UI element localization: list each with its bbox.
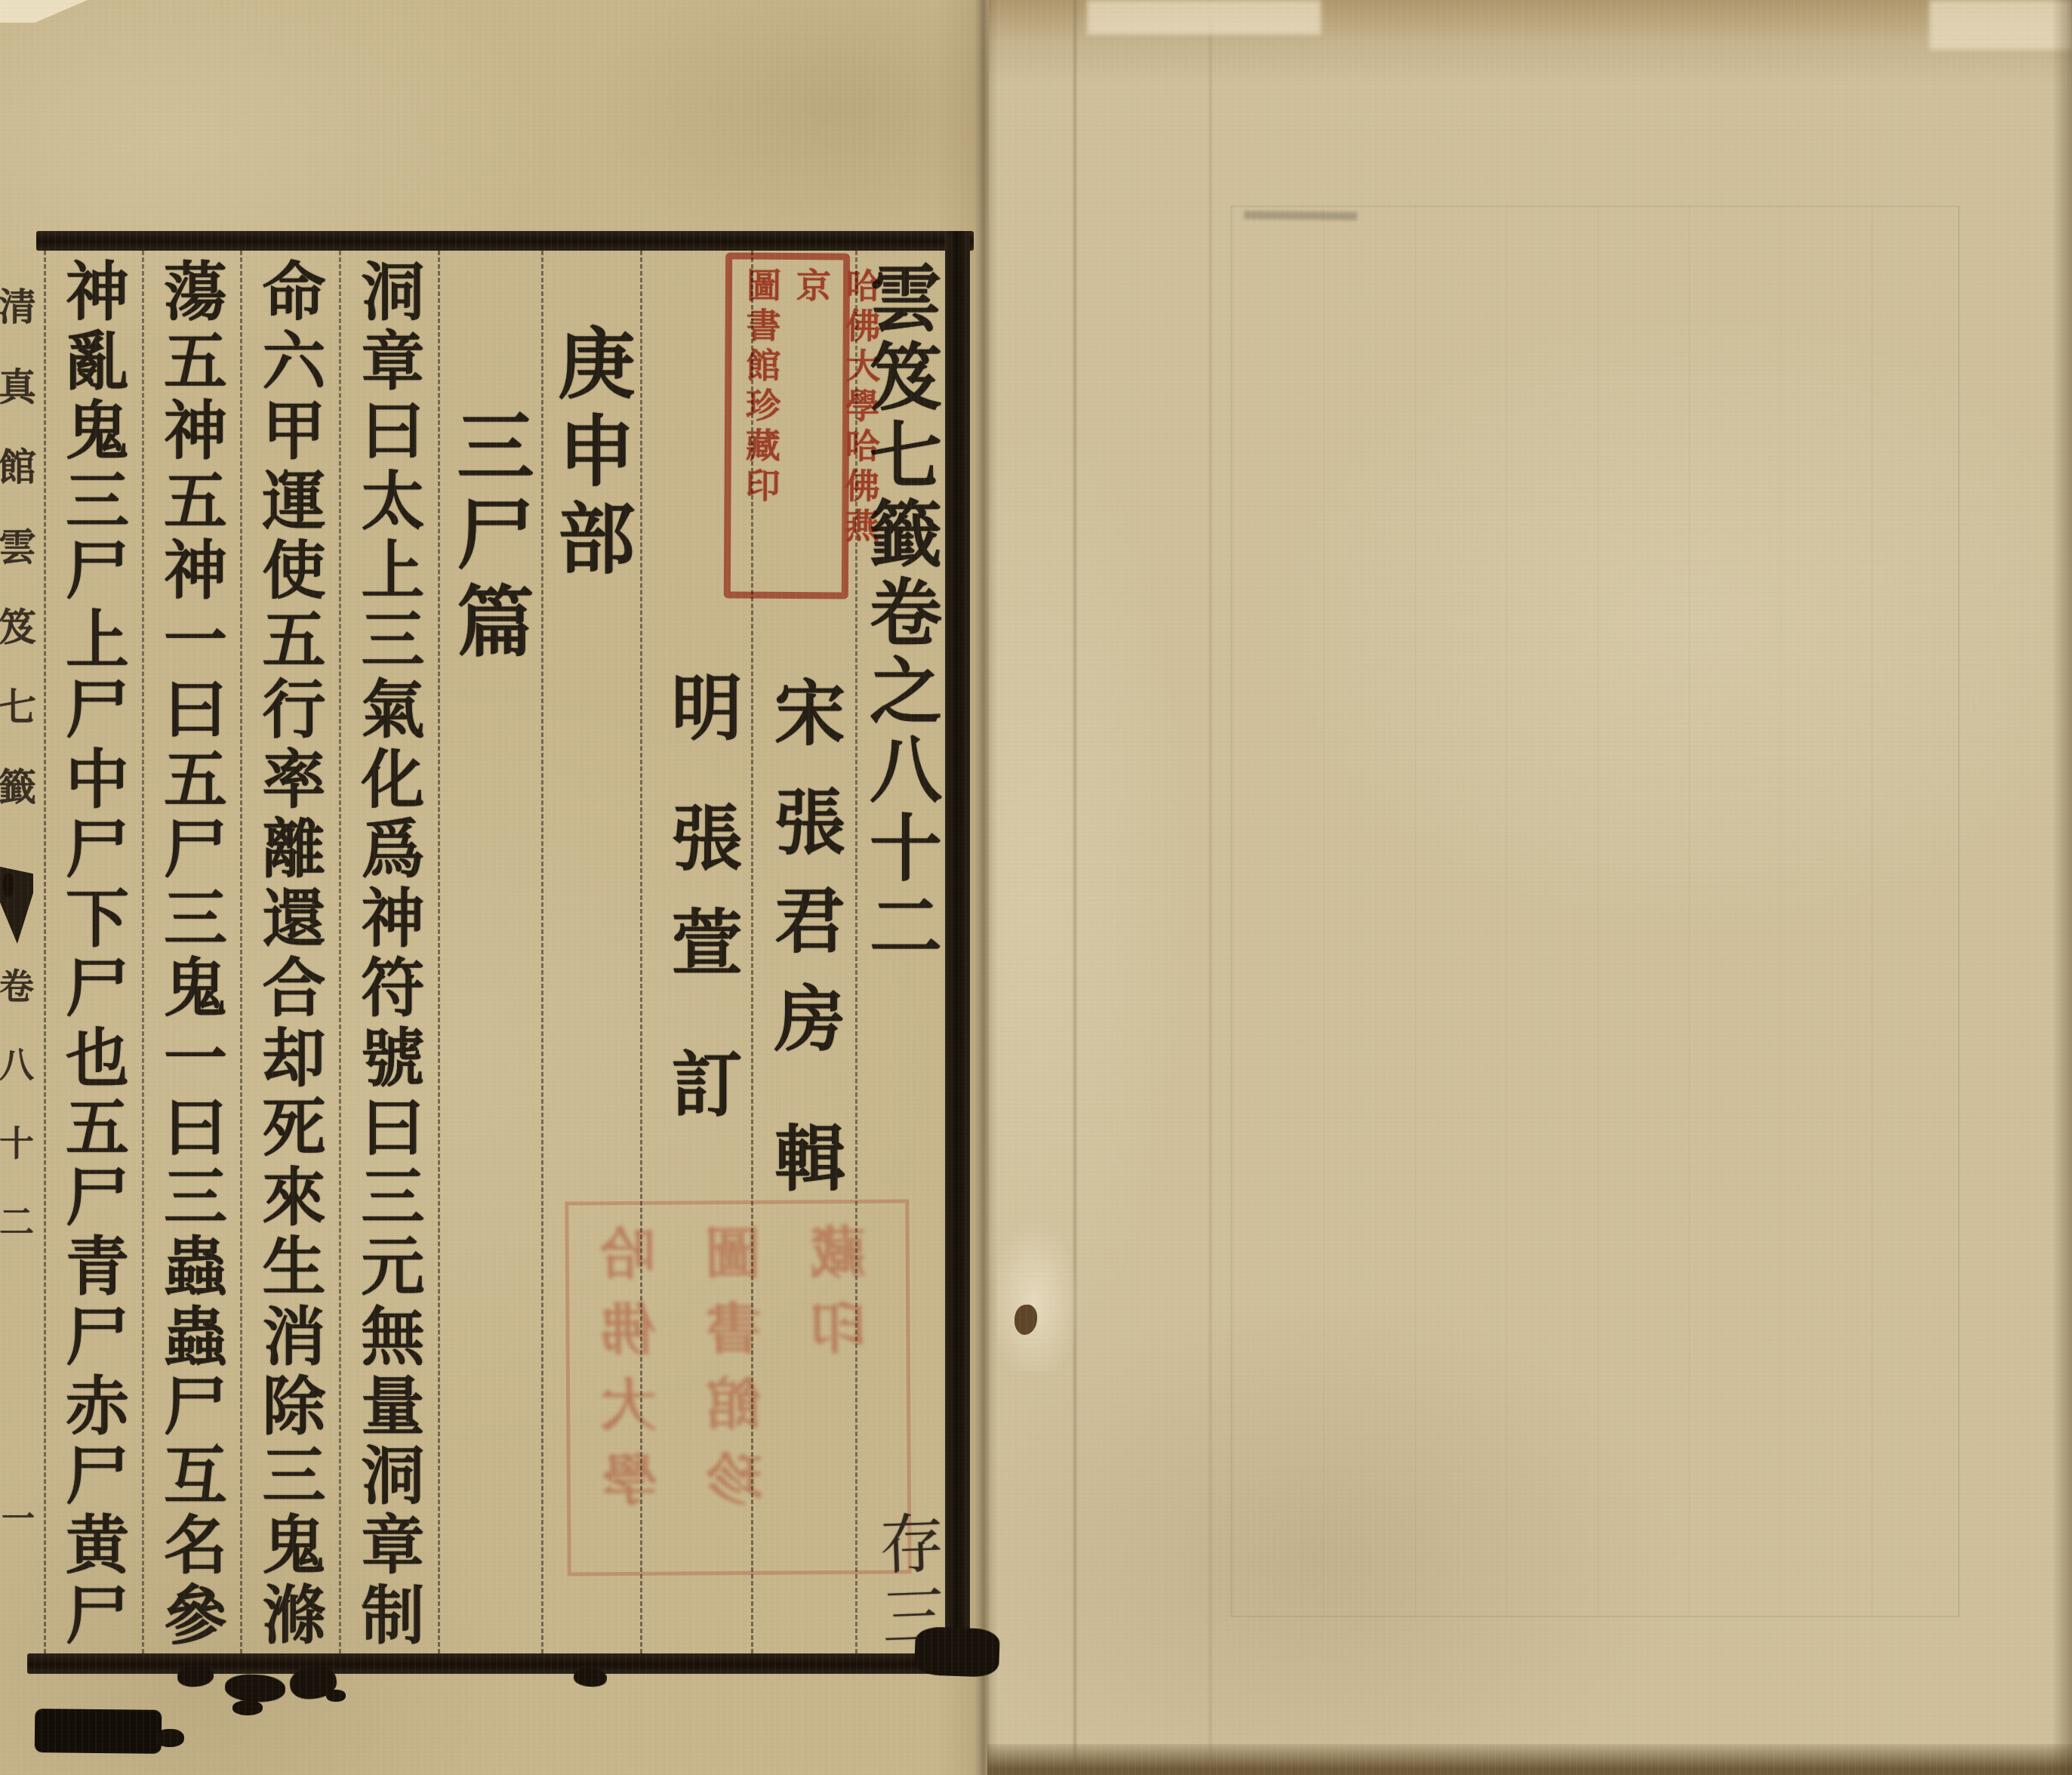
faint-smudge [1244,211,1357,220]
compiler-text: 宋張君房輯 [753,676,855,1219]
worn-top-corner [1929,0,2072,50]
ink-smudge [326,1690,346,1702]
editor-dynasty: 明 [659,670,742,775]
bleedthrough-seal-column: 藏印 [802,1223,885,1552]
spine-chapter: 卷八十二 [0,968,38,1282]
chapter-heading: 三尸篇 [435,406,545,669]
worn-top-edge [1087,0,1321,35]
body-column: 神亂鬼三尸上尸中尸下尸也五尸青尸赤尸黄尸 [44,258,142,1651]
right-page-edge-shade [2052,0,2072,1775]
spine-chapter-text: 卷八十二 [0,968,39,1282]
chapter-heading-column: 三尸篇 [438,406,541,669]
paper-crease [1073,0,1076,1775]
editor-column: 明張萱訂 [651,670,751,1151]
book-scan: 哈佛大學 圖書館珍 藏印 清真館雲笈七籤 卷八十二 一 雲笈七籤卷之八十二 宋張… [0,0,2072,1775]
ink-smudge [155,1729,184,1747]
ink-smudge [232,1700,263,1715]
body-column: 洞章曰太上三氣化爲神符號曰三元無量洞章制 [339,258,438,1651]
body-column-text: 蕩五神五神一曰五尸三鬼一曰三蟲蟲尸互名參 [146,258,237,1651]
book-gutter-fold [972,0,998,1775]
section-heading: 庚申部 [536,323,646,586]
bleedthrough-seal-column: 圖書館珍 [697,1224,780,1552]
ink-smear-bottom-left [35,1709,162,1754]
library-seal: 哈佛大學哈佛燕京 圖書館珍藏印 [724,253,850,599]
frame-border-bottom [27,1653,974,1674]
ink-blotch-corner [914,1626,1000,1678]
spine-title-text: 清真館雲笈七籤 [0,287,42,847]
compiler-dynasty: 宋 [762,676,845,774]
body-column-text: 命六甲運使五行率離還合却死來生消除三鬼滌 [244,258,335,1651]
library-seal-column-right: 哈佛大學哈佛燕京 [785,267,886,585]
paper-crease [1209,0,1211,1775]
compiler-column: 宋張君房輯 [753,676,855,1219]
editor-text: 明張萱訂 [650,670,752,1151]
editor-role: 訂 [659,1047,742,1151]
body-column: 蕩五神五神一曰五尸三鬼一曰三蟲蟲尸互名參 [142,258,240,1651]
bleedthrough-frame-lines [1230,205,1960,1617]
frame-border-top [36,231,974,251]
bottom-page-edge [987,1744,2072,1775]
body-column-text: 洞章曰太上三氣化爲神符號曰三元無量洞章制 [343,258,434,1651]
paper-tear-highlight [996,1217,1081,1372]
body-column-text: 神亂鬼三尸上尸中尸下尸也五尸青尸赤尸黄尸 [48,258,139,1651]
bleedthrough-seal-column: 哈佛大學 [592,1225,674,1553]
spine-strip: 清真館雲笈七籤 [0,287,38,847]
library-seal-column-left: 圖書館珍藏印 [735,267,787,584]
spine-leaf-number: 一 [0,1501,36,1534]
spine-leaf-number-text: 一 [0,1501,38,1534]
ink-speck [3,873,14,897]
section-heading-column: 庚申部 [541,323,640,586]
editor-name: 張萱 [659,801,742,1009]
compiler-role: 輯 [762,1121,845,1219]
compiler-name: 張君房 [762,785,845,1080]
body-column: 命六甲運使五行率離還合却死來生消除三鬼滌 [240,258,339,1651]
